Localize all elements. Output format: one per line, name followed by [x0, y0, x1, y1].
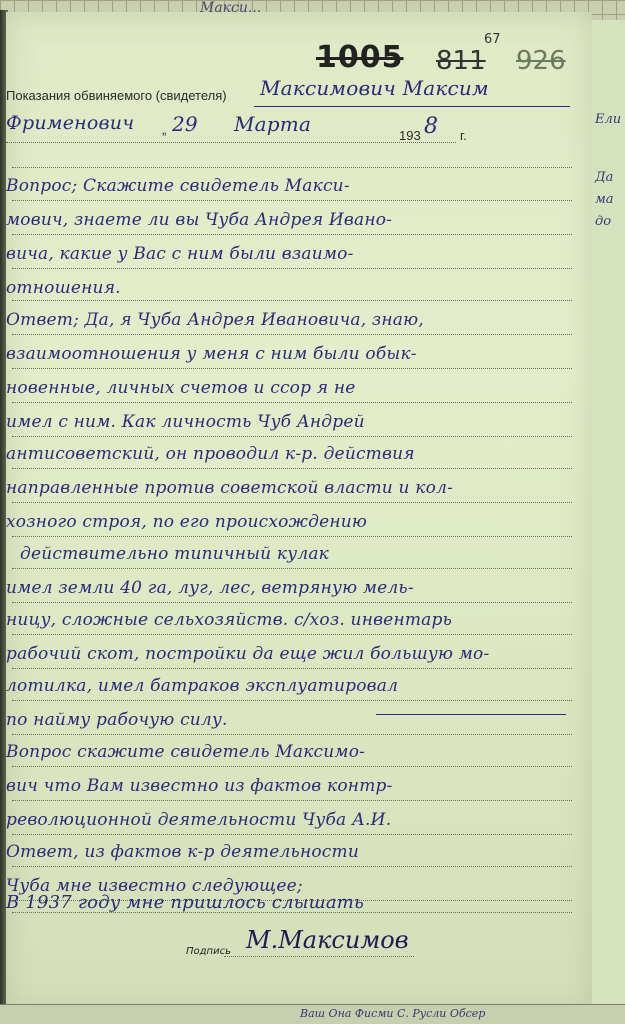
archive-number-superscript: 67 [484, 32, 501, 47]
header-dotted-rule [6, 142, 456, 143]
ruled-line [12, 536, 572, 537]
ruled-line [12, 200, 572, 201]
adjacent-sheet-right: Ели Да ма до [590, 20, 625, 1020]
ruled-line [12, 268, 572, 269]
text-line: по найму рабочую силу. [6, 710, 228, 730]
text-line: вича, какие у Вас с ним были взаимо- [6, 244, 354, 264]
ruled-line [12, 834, 572, 835]
ruled-line [12, 334, 572, 335]
date-month: Марта [234, 112, 311, 136]
right-fragment: Да [595, 170, 613, 185]
witness-patronymic: Фрименович [6, 112, 134, 134]
archive-number-old: 811 [436, 46, 486, 76]
bottom-fragment: Ваш Она Фисми С. Русли Обсер [300, 1007, 485, 1020]
text-line: революционной деятельности Чуба А.И. [6, 810, 391, 830]
text-line: мович, знаете ли вы Чуба Андрея Ивано- [6, 210, 392, 230]
ruled-line [12, 866, 572, 867]
ruled-line [12, 734, 572, 735]
adjacent-sheet-bottom: Ваш Она Фисми С. Русли Обсер [0, 1004, 625, 1024]
ruled-line [12, 368, 572, 369]
witness-name: Максимович Максим [260, 76, 489, 100]
ruled-line [12, 234, 572, 235]
text-line: хозного строя, по его происхождению [6, 512, 367, 532]
ruled-line [12, 568, 572, 569]
text-line: Вопрос; Скажите свидетель Макси- [6, 176, 350, 196]
text-line: вич что Вам известно из фактов контр- [6, 776, 393, 796]
ruled-line [12, 468, 572, 469]
archive-number-main: 1005 [316, 40, 404, 75]
text-line: имел земли 40 га, луг, лес, ветряную мел… [6, 578, 414, 598]
right-fragment: до [595, 214, 611, 229]
signature: М.Максимов [246, 926, 409, 954]
date-year-unit: г. [460, 128, 467, 143]
line-fill-dash [376, 714, 566, 715]
signature-dotted-line [224, 956, 414, 957]
document-page: 1005 811 67 926 Показания обвиняемого (с… [6, 12, 592, 1012]
text-line: новенные, личных счетов и ссор я не [6, 378, 356, 398]
text-line: направленные против советской власти и к… [6, 478, 453, 498]
archive-number-crossed: 926 [516, 46, 566, 76]
ruled-line [12, 502, 572, 503]
right-fragment: ма [595, 192, 614, 207]
date-day: 29 [172, 112, 198, 136]
ruled-line [12, 700, 572, 701]
text-line: рабочий скот, постройки да еще жил больш… [6, 644, 489, 664]
text-line: взаимоотношения у меня с ним были обык- [6, 344, 417, 364]
text-line: действительно типичный кулак [20, 544, 329, 564]
ruled-line [12, 300, 572, 301]
ruled-line [12, 668, 572, 669]
text-line: имел с ним. Как личность Чуб Андрей [6, 412, 365, 432]
text-line: В 1937 году мне пришлось слышать [6, 892, 364, 913]
ruled-line [12, 800, 572, 801]
ruled-line [12, 436, 572, 437]
ruled-line [12, 402, 572, 403]
text-line: Вопрос скажите свидетель Максимо- [6, 742, 365, 762]
ruled-line [12, 912, 572, 913]
text-line: Ответ, из фактов к-р деятельности [6, 842, 359, 862]
text-line: отношения. [6, 278, 121, 298]
right-fragment: Ели [595, 112, 621, 127]
name-underline [254, 106, 570, 107]
ruled-line [12, 602, 572, 603]
text-line: антисоветский, он проводил к-р. действия [6, 444, 415, 464]
date-year-suffix: 8 [424, 114, 438, 139]
text-line: ницу, сложные сельхозяйств. с/хоз. инвен… [6, 610, 452, 630]
quote-mark: „ [162, 122, 166, 137]
date-year-prefix: 193 [399, 128, 421, 143]
ruled-line [12, 167, 572, 168]
text-line: Ответ; Да, я Чуба Андрея Ивановича, знаю… [6, 310, 424, 330]
ruled-line [12, 634, 572, 635]
form-label: Показания обвиняемого (свидетеля) [6, 88, 227, 103]
ruled-line [12, 766, 572, 767]
text-line: лотилка, имел батраков эксплуатировал [6, 676, 398, 696]
